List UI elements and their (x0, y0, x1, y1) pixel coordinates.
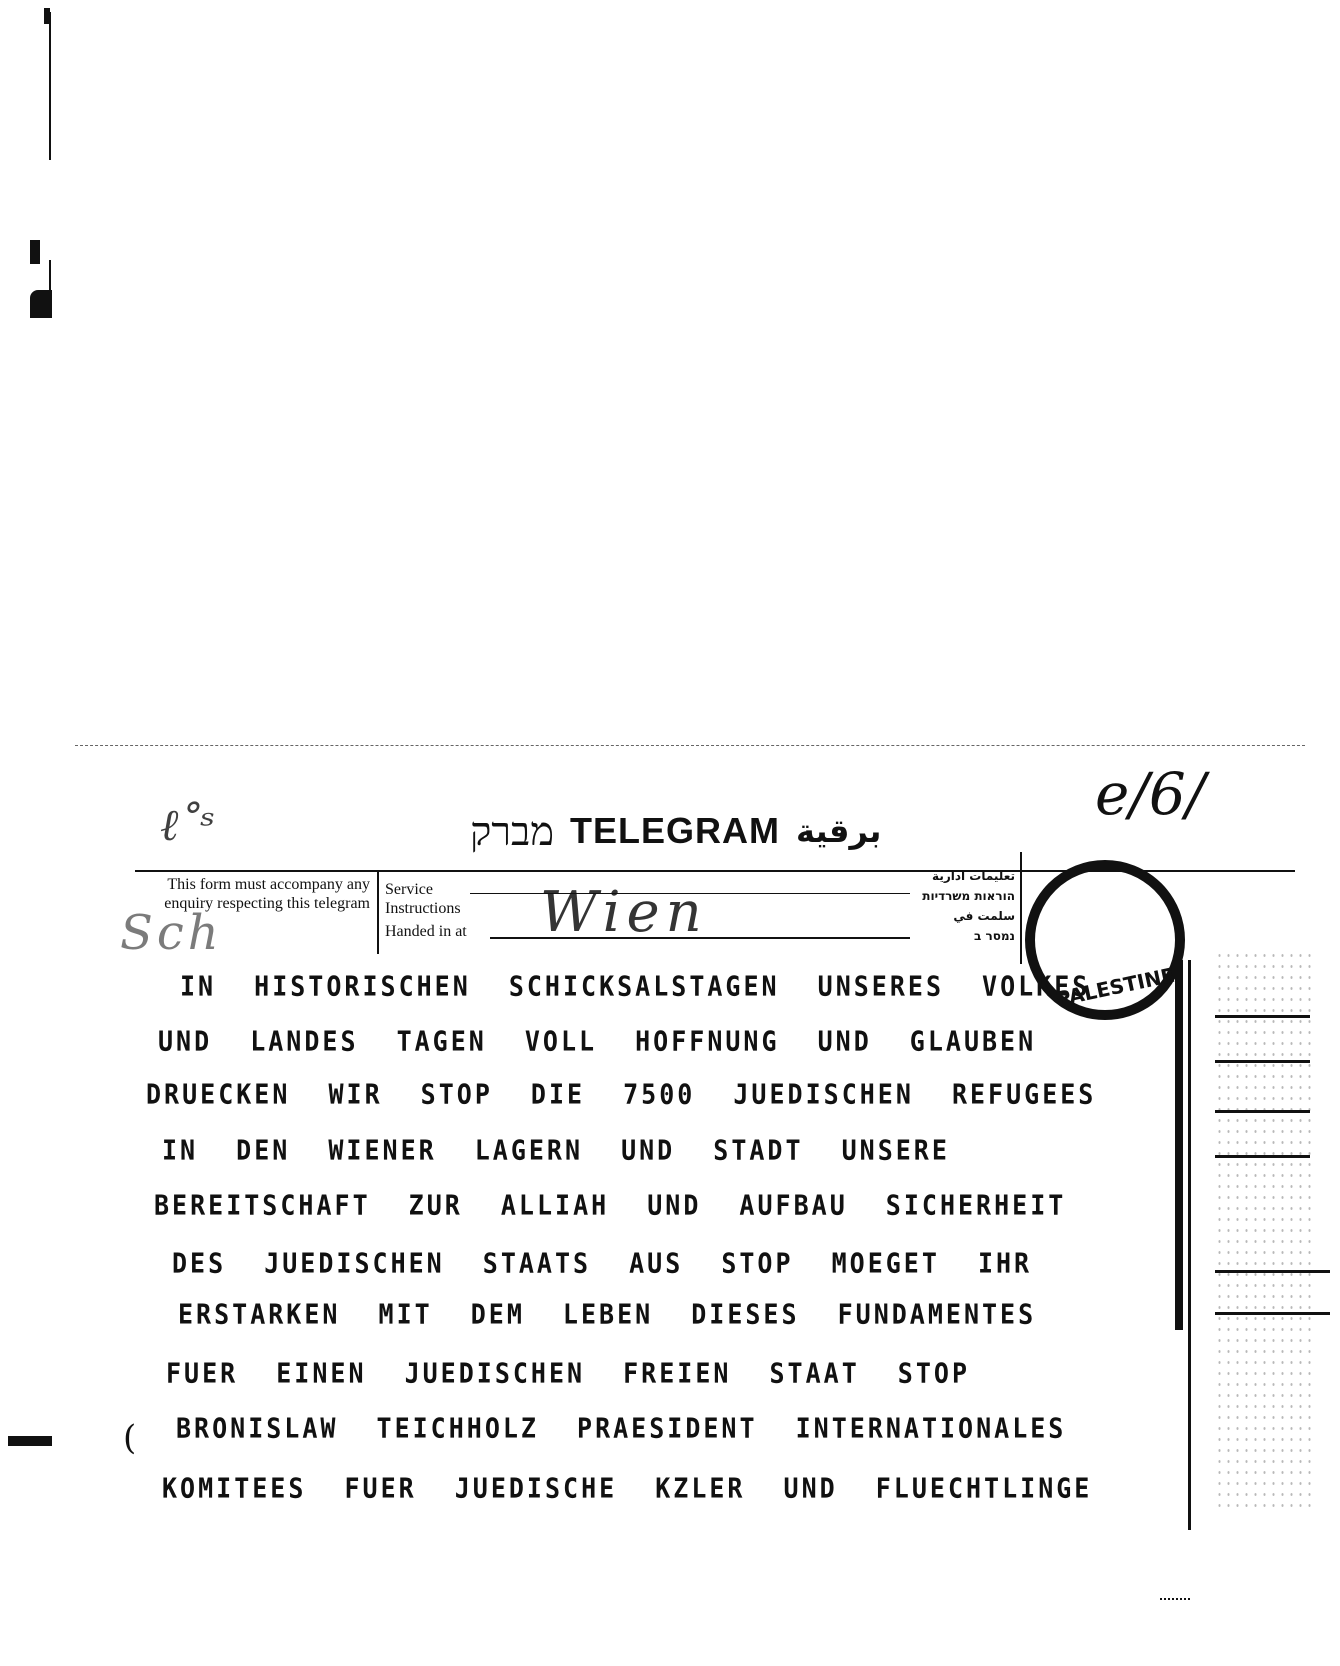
message-line: BRONISLAW TEICHHOLZ PRAESIDENT INTERNATI… (176, 1412, 1066, 1444)
message-line: UND LANDES TAGEN VOLL HOFFNUNG UND GLAUB… (158, 1025, 1036, 1057)
margin-rule (1215, 1060, 1310, 1063)
instructions-label: Instructions (385, 899, 461, 918)
handwritten-mark: Sch (120, 905, 223, 961)
handwritten-reference: e/6/ (1095, 760, 1205, 828)
title-english: TELEGRAM (570, 810, 780, 852)
margin-bar (1188, 960, 1191, 1530)
scan-mark (44, 8, 50, 24)
scan-noise (1215, 950, 1315, 1510)
message-line: FUER EINEN JUEDISCHEN FREIEN STAAT STOP (166, 1357, 970, 1389)
message-line: DRUECKEN WIR STOP DIE 7500 JUEDISCHEN RE… (146, 1078, 1096, 1110)
form-top-rule (75, 745, 1305, 747)
scan-dash-mark (8, 1436, 52, 1446)
message-line: BEREITSCHAFT ZUR ALLIAH UND AUFBAU SICHE… (154, 1189, 1066, 1221)
margin-rule (1215, 1312, 1330, 1315)
margin-rule (1215, 1270, 1330, 1273)
margin-rule (1215, 1110, 1310, 1113)
telegram-header: מברק TELEGRAM برقية (470, 806, 970, 856)
form-divider (377, 872, 379, 954)
title-hebrew: מברק (470, 808, 554, 855)
message-line: IN HISTORISCHEN SCHICKSALSTAGEN UNSERES … (180, 970, 1090, 1002)
rtl-label: سلمت في (905, 906, 1015, 926)
service-instructions-label: Service Instructions (385, 880, 461, 918)
scan-edge-line (49, 12, 51, 160)
title-arabic: برقية (796, 812, 881, 850)
message-line: KOMITEES FUER JUEDISCHE KZLER UND FLUECH… (162, 1472, 1092, 1504)
margin-rule (1215, 1015, 1310, 1018)
scan-mark (30, 240, 40, 264)
scan-edge-line (49, 260, 51, 315)
form-divider (1020, 852, 1022, 964)
handwritten-mark-left: ℓ˚ˢ (160, 800, 215, 851)
message-line: IN DEN WIENER LAGERN UND STADT UNSERE (162, 1134, 950, 1166)
rtl-label: הוראות משרדיות (905, 886, 1015, 906)
service-label: Service (385, 880, 461, 899)
margin-bar (1175, 960, 1183, 1330)
scan-mark (1160, 1598, 1190, 1602)
handwritten-place: Wien (540, 880, 708, 945)
margin-rule (1215, 1155, 1310, 1158)
message-line: DES JUEDISCHEN STAATS AUS STOP MOEGET IH… (172, 1247, 1032, 1279)
rtl-label: تعليمات ادارية (905, 866, 1015, 886)
message-line: ERSTARKEN MIT DEM LEBEN DIESES FUNDAMENT… (178, 1298, 1036, 1330)
rtl-form-labels: تعليمات ادارية הוראות משרדיות سلمت في נמ… (905, 866, 1015, 946)
margin-bracket: ( (123, 1418, 136, 1458)
handed-in-label: Handed in at (385, 923, 467, 941)
rtl-label: נמסר ב (905, 926, 1015, 946)
